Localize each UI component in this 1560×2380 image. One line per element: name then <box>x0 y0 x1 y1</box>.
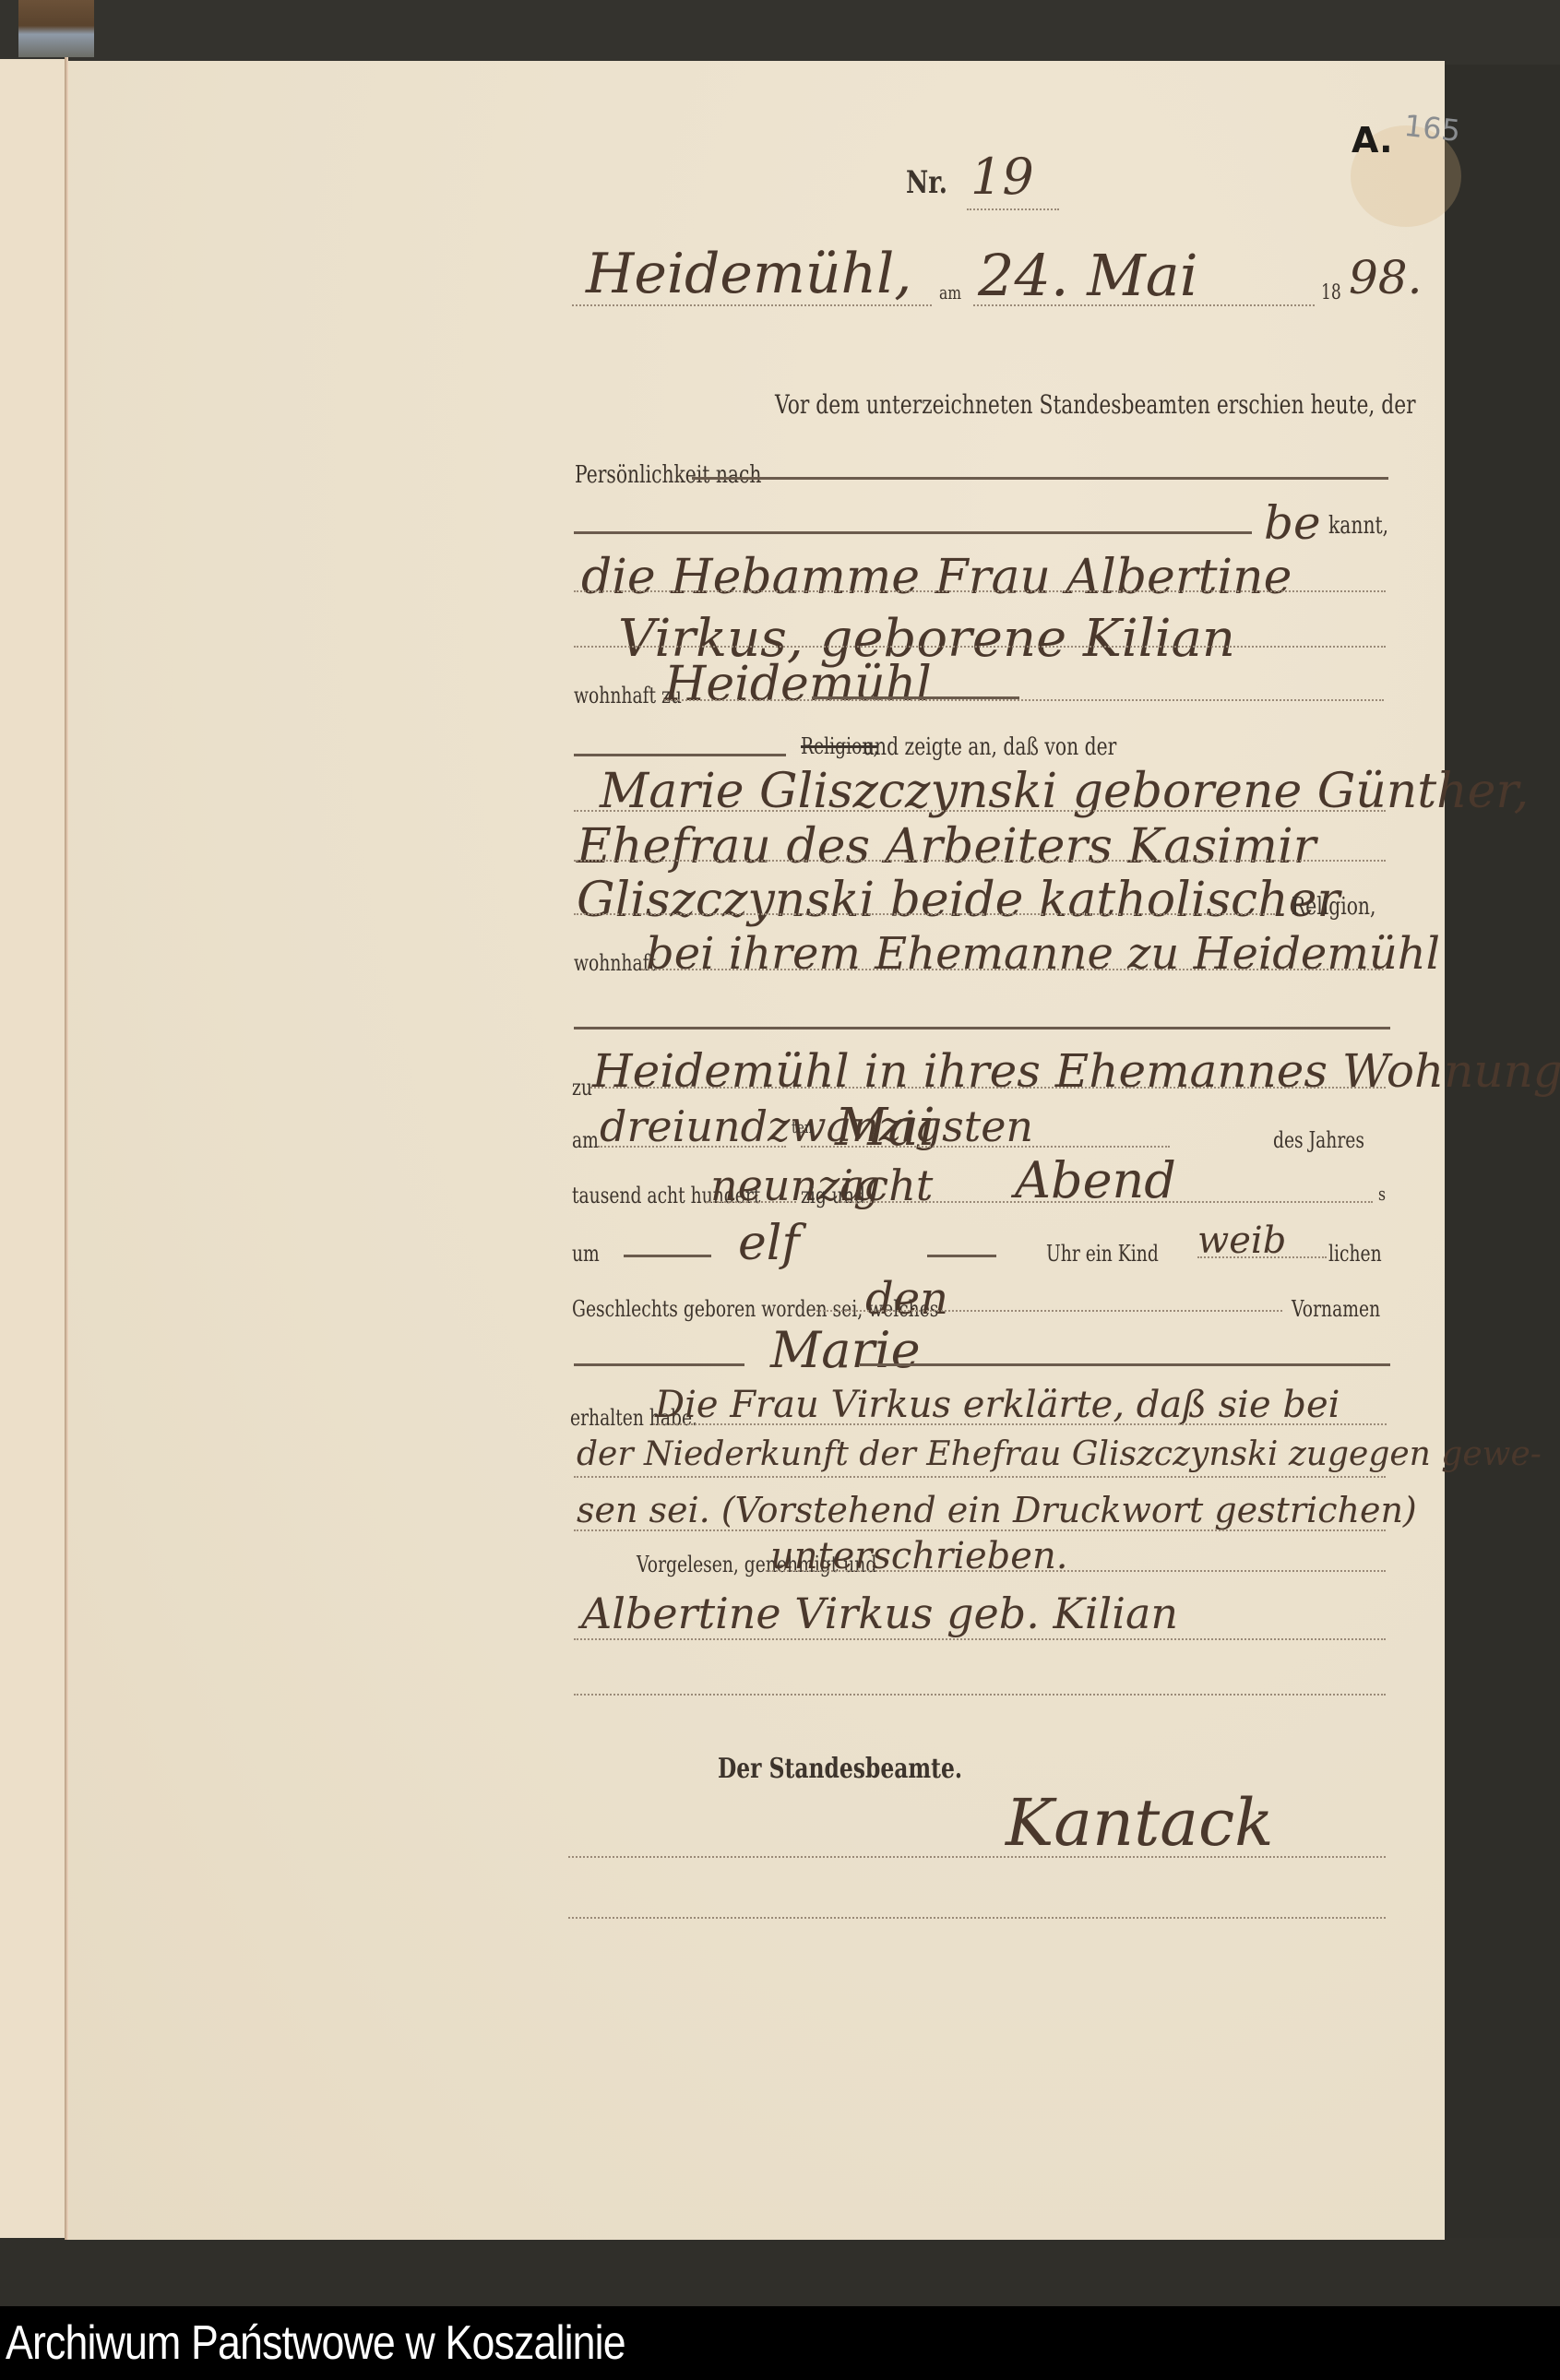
archive-banner: Archiwum Państwowe w Koszalinie <box>0 2306 1560 2380</box>
known-hand: be <box>1264 496 1321 550</box>
binding-crease <box>65 57 68 2240</box>
registrar-dotted-2 <box>568 1917 1386 1919</box>
remark-line-3: sen sei. (Vorstehend ein Druckwort gestr… <box>577 1490 1417 1530</box>
nr-value: 19 <box>971 148 1034 206</box>
binding-thread <box>18 0 94 57</box>
blank-dotted-line <box>574 1694 1386 1696</box>
scanner-background-right <box>1445 65 1560 2315</box>
sex-suffix: lichen <box>1328 1241 1382 1267</box>
personality-rule <box>692 477 1388 480</box>
date-dotted-line <box>973 304 1315 306</box>
birth-day-dotted <box>598 1146 786 1148</box>
religion-blank-rule <box>574 754 786 756</box>
remark-dotted-3 <box>574 1529 1386 1531</box>
archive-name: Archiwum Państwowe w Koszalinie <box>6 2315 625 2371</box>
mother-dotted-1 <box>574 810 1386 812</box>
hour-rule-left <box>624 1255 711 1257</box>
mother-residence-value: bei ihrem Ehemanne zu Heidemühl <box>646 928 1440 980</box>
evening-suffix: s <box>1378 1183 1386 1205</box>
sex-dotted <box>1197 1256 1327 1258</box>
birth-day-value: dreiundzwanzigsten <box>600 1101 1033 1151</box>
personality-label: Persönlichkeit nach <box>575 461 761 489</box>
informant-dotted-1 <box>574 590 1386 592</box>
birthplace-dotted <box>590 1087 1386 1089</box>
informant-signature-dotted <box>574 1638 1386 1640</box>
ten-suffix: ten <box>792 1118 813 1137</box>
remark-line-1: Die Frau Virkus erklärte, daß sie bei <box>655 1384 1340 1426</box>
mother-line-3: Gliszczynski beide katholischer <box>577 873 1340 928</box>
date-value: 24. Mai <box>978 242 1198 309</box>
place-value: Heidemühl, <box>586 242 911 306</box>
child-name-rule-right <box>860 1363 1390 1366</box>
mother-residence-dotted <box>641 969 1384 970</box>
uhr-label: Uhr ein Kind <box>1046 1241 1159 1267</box>
remark-dotted-2 <box>574 1476 1386 1478</box>
birthplace-label: zu <box>572 1075 592 1101</box>
year-suffix: 98. <box>1349 251 1423 304</box>
mother-residence-label: wohnhaft <box>574 950 656 976</box>
residence-value: Heidemühl <box>664 657 932 712</box>
birth-month-value: Mai <box>835 1098 935 1158</box>
vorgelesen-dotted <box>766 1570 1386 1572</box>
registrar-dotted-1 <box>568 1856 1386 1858</box>
hour-rule-right <box>927 1255 996 1257</box>
corner-stamp: A. <box>1352 120 1393 161</box>
announce-text: und zeigte an, daß von der <box>863 733 1116 761</box>
religion-label: Religion, <box>1292 893 1375 921</box>
welches-dotted <box>816 1310 1282 1312</box>
registrar-signature: Kantack <box>1006 1785 1274 1861</box>
birthplace-value: Heidemühl in ihres Ehemannes Wohnung <box>592 1044 1560 1098</box>
remark-dotted-1 <box>653 1423 1387 1425</box>
nr-label: Nr. <box>906 164 947 201</box>
scanner-background-bottom <box>0 2238 1560 2312</box>
remark-line-2: der Niederkunft der Ehefrau Gliszczynski… <box>577 1435 1542 1473</box>
um-label: um <box>572 1241 600 1267</box>
residence-dotted <box>664 699 1384 701</box>
date-am-label: am <box>939 281 961 303</box>
birth-month-dotted <box>801 1146 1170 1148</box>
child-name-value: Marie <box>770 1321 921 1379</box>
mother-dotted-3 <box>574 913 1275 915</box>
child-name-rule-left <box>574 1363 744 1366</box>
decade-dotted <box>706 1201 796 1203</box>
mother-line-2: Ehefrau des Arbeiters Kasimir <box>577 819 1316 875</box>
unit-dotted <box>838 1201 1373 1203</box>
nr-dotted-line <box>967 208 1059 210</box>
known-rule <box>574 531 1252 534</box>
year-label: des Jahres <box>1273 1127 1364 1153</box>
place-dotted-line <box>572 304 932 306</box>
intro-text: Vor dem unterzeichneten Standesbeamten e… <box>775 389 1416 420</box>
birth-am-label: am <box>572 1127 599 1153</box>
welches-value: den <box>865 1273 948 1325</box>
known-label: kannt, <box>1328 512 1388 540</box>
informant-dotted-2 <box>574 646 1386 648</box>
informant-line-1: die Hebamme Frau Albertine <box>581 550 1292 605</box>
previous-page-edge <box>0 59 66 2238</box>
mother-dotted-2 <box>574 860 1386 862</box>
pencil-folio-number: 165 <box>1402 108 1462 149</box>
year-prefix: 18 <box>1321 281 1341 304</box>
informant-signature: Albertine Virkus geb. Kilian <box>581 1589 1178 1638</box>
registrar-label: Der Standesbeamte. <box>718 1753 962 1785</box>
scanner-background-top <box>0 0 1560 65</box>
mother-residence-rule <box>574 1027 1390 1029</box>
hour-value: elf <box>738 1216 800 1271</box>
vornamen-label: Vornamen <box>1292 1296 1380 1322</box>
